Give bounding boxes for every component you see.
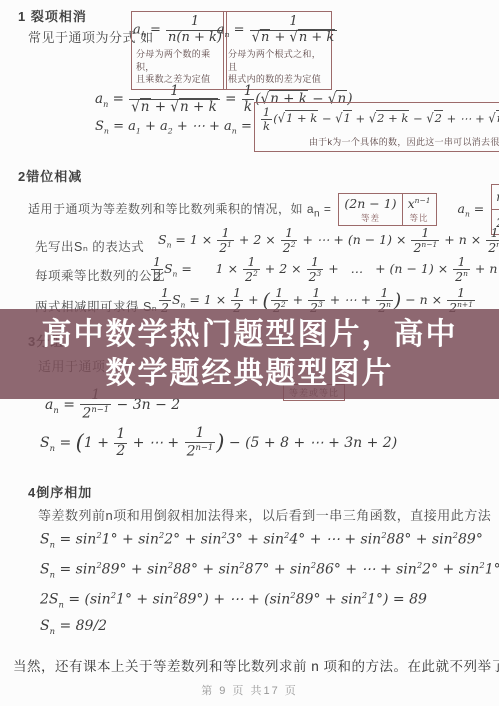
section2-heading: 2错位相减 [18, 166, 82, 185]
formula-telescoping: 1k(√1 + k − √1 + √2 + k − √2 + ⋯ + √n + … [260, 106, 499, 133]
document-page: 1 裂项相消 常见于通项为分式 如 an = 1n(n + k) 分母为两个数的… [0, 0, 499, 706]
section4-heading: 4倒序相加 [28, 482, 92, 501]
closing-note: 当然，还有课本上关于等差数列和等比数列求前 n 项和的方法。在此就不列举了，请 [13, 655, 499, 675]
geometric-factor-cell: xn−1 等比 [402, 194, 436, 225]
formula-sn-prefix: Sn = a1 + a2 + ⋯ + an = [95, 119, 252, 136]
sin-sum-forward: Sn = sin21° + sin22° + sin23° + sin24° +… [40, 530, 483, 549]
overlay-title-line1: 高中数学热门题型图片，高中 [42, 315, 458, 354]
sin-sum-reversed: Sn = sin289° + sin288° + sin287° + sin28… [40, 560, 499, 579]
formula-caption: 分母为两个数的乘积， 且乘数之差为定值 [136, 48, 222, 86]
sin-sum-result: Sn = 89/2 [40, 618, 107, 636]
section2-intro: 适用于通项为等差数列和等比数列乘积的情况，如 an = [28, 200, 331, 219]
formula: an = 1n(n + k) [133, 15, 225, 45]
title-overlay-banner: 高中数学热门题型图片，高中 数学题经典题型图片 [0, 309, 499, 399]
step2-label: 每项乘等比数列的公比 [35, 266, 165, 284]
sin-sum-doubled: 2Sn = (sin21° + sin289°) + ⋯ + (sin289° … [40, 590, 427, 609]
overlay-title-line2: 数学题经典题型图片 [106, 354, 394, 393]
formula-box-radical-denominator: an = 1√n + √n + k 分母为两个根式之和，且 根式内的数的差为定值 [223, 11, 332, 90]
section1-heading: 1 裂项相消 [18, 6, 87, 25]
step1-formula: Sn = 1 × 121 + 2 × 122 + ⋯ + (n − 1) × 1… [158, 226, 499, 255]
formula-box-product-denominator: an = 1n(n + k) 分母为两个数的乘积， 且乘数之差为定值 [131, 11, 227, 90]
formula-caption: 分母为两个根式之和，且 根式内的数的差为定值 [228, 48, 327, 86]
step2-formula: 12Sn = 1 × 122 + 2 × 123 + … + (n − 1) ×… [150, 255, 499, 284]
example-product-box: (2n − 1) 等差 xn−1 等比 [338, 193, 436, 226]
arithmetic-factor-cell: (2n − 1) 等差 [339, 194, 401, 225]
telescoping-caption: 由于k为一个具体的数，因此这一串可以消去很多项 [309, 136, 499, 149]
formula-sn-telescoping-row: Sn = a1 + a2 + ⋯ + an = 1k(√1 + k − √1 +… [95, 102, 499, 152]
step1-label: 先写出Sₙ 的表达式 [35, 237, 144, 255]
geometric-tag: 等比 [410, 212, 429, 224]
formula: an = 1√n + √n + k [217, 15, 339, 45]
example2-prefix: an = [458, 201, 485, 219]
section3-sn-formula: Sn = (1 + 12 + ⋯ + 12n−1) − (5 + 8 + ⋯ +… [40, 426, 397, 460]
telescoping-sum-box: 1k(√1 + k − √1 + √2 + k − √2 + ⋯ + √n + … [254, 102, 499, 152]
fraction-numerator-cell: n 等差 [491, 184, 499, 210]
page-indicator: 第 9 页 共17 页 [0, 682, 499, 698]
section4-description: 等差数列前n项和用倒叙相加法得来，以后看到一串三角函数，直接用此方法 [38, 505, 491, 524]
arithmetic-tag: 等差 [361, 212, 380, 224]
